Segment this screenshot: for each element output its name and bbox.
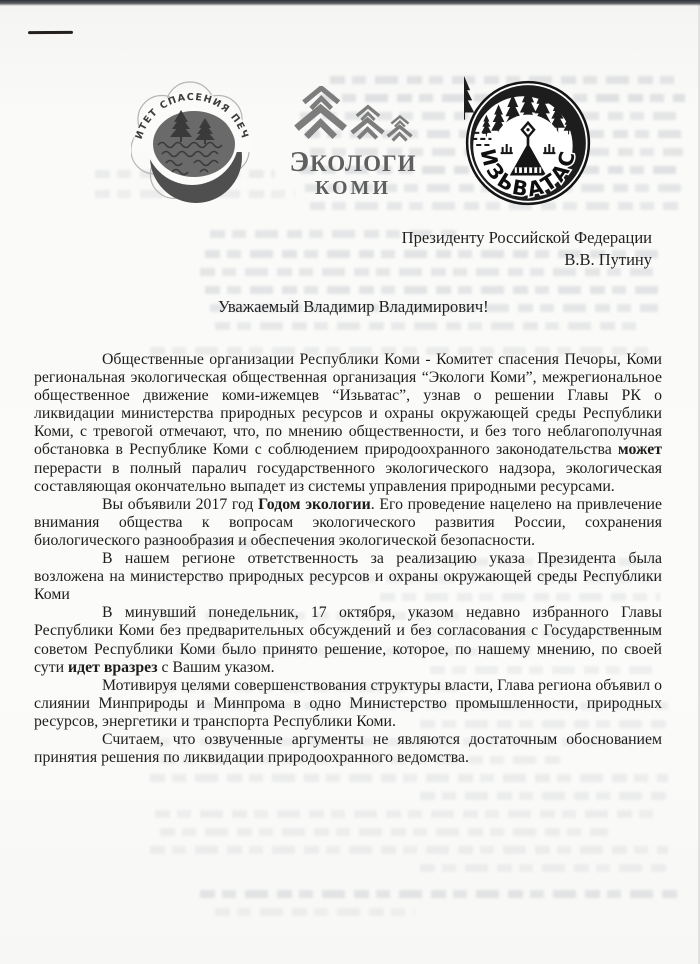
letter-body: Общественные организации Республики Коми… xyxy=(34,351,662,767)
ekologi-title-rest: КОЛОГИ xyxy=(310,151,416,176)
paragraph-4: В минувший понедельник, 17 октября, указ… xyxy=(34,604,662,676)
bleedthrough-line xyxy=(150,846,668,854)
ekologi-title: ЭКОЛОГИ xyxy=(289,148,416,177)
izvatas-logo: ИЗЬВАТАС xyxy=(464,76,592,212)
paragraph-1: Общественные организации Республики Коми… xyxy=(34,351,662,496)
paragraph-2-bold: Годом экологии xyxy=(258,496,371,513)
scanned-letter-page: ИТЕТ СПАСЕНИЯ ПЕЧ xyxy=(0,0,700,964)
recipient-line-1: Президенту Российской Федерации xyxy=(402,227,652,249)
bleedthrough-line xyxy=(215,322,643,330)
bleedthrough-line xyxy=(200,890,678,898)
recipient-line-2: В.В. Путину xyxy=(402,249,652,271)
salutation: Уважаемый Владимир Владимирович! xyxy=(218,297,489,317)
ekologi-komi-logo: ЭКОЛОГИ КОМИ xyxy=(284,86,422,198)
ekologi-title-initial: Э xyxy=(289,146,310,178)
paragraph-3: В нашем регионе ответственность за реали… xyxy=(34,550,662,604)
committee-seal-logo: ИТЕТ СПАСЕНИЯ ПЕЧ xyxy=(131,80,251,212)
bleedthrough-line xyxy=(205,286,663,294)
letterhead-logos: ИТЕТ СПАСЕНИЯ ПЕЧ xyxy=(0,0,700,220)
bleedthrough-line xyxy=(150,774,668,782)
paragraph-5: Мотивируя целями совершенствования струк… xyxy=(34,677,662,731)
paragraph-2-text: Вы объявили 2017 год xyxy=(102,496,258,513)
bleedthrough-line xyxy=(420,792,670,800)
bleedthrough-line xyxy=(155,810,653,818)
bleedthrough-line xyxy=(420,864,668,872)
paragraph-2: Вы объявили 2017 год Годом экологии. Его… xyxy=(34,496,662,550)
recipient-block: Президенту Российской Федерации В.В. Пут… xyxy=(402,227,652,271)
paragraph-1-text: Общественные организации Республики Коми… xyxy=(34,351,662,458)
ekologi-subtitle: КОМИ xyxy=(315,178,391,198)
paragraph-1-text-end: перерасти в полный паралич государственн… xyxy=(34,460,662,495)
paragraph-4-text-end: с Вашим указом. xyxy=(158,659,275,676)
paragraph-6: Считаем, что озвученные аргументы не явл… xyxy=(34,731,662,767)
bleedthrough-line xyxy=(160,828,608,836)
chevron-trees-icon xyxy=(291,86,415,146)
paragraph-4-bold: идет вразрез xyxy=(68,659,158,676)
paragraph-1-bold: может xyxy=(618,441,662,458)
bleedthrough-line xyxy=(215,908,415,916)
